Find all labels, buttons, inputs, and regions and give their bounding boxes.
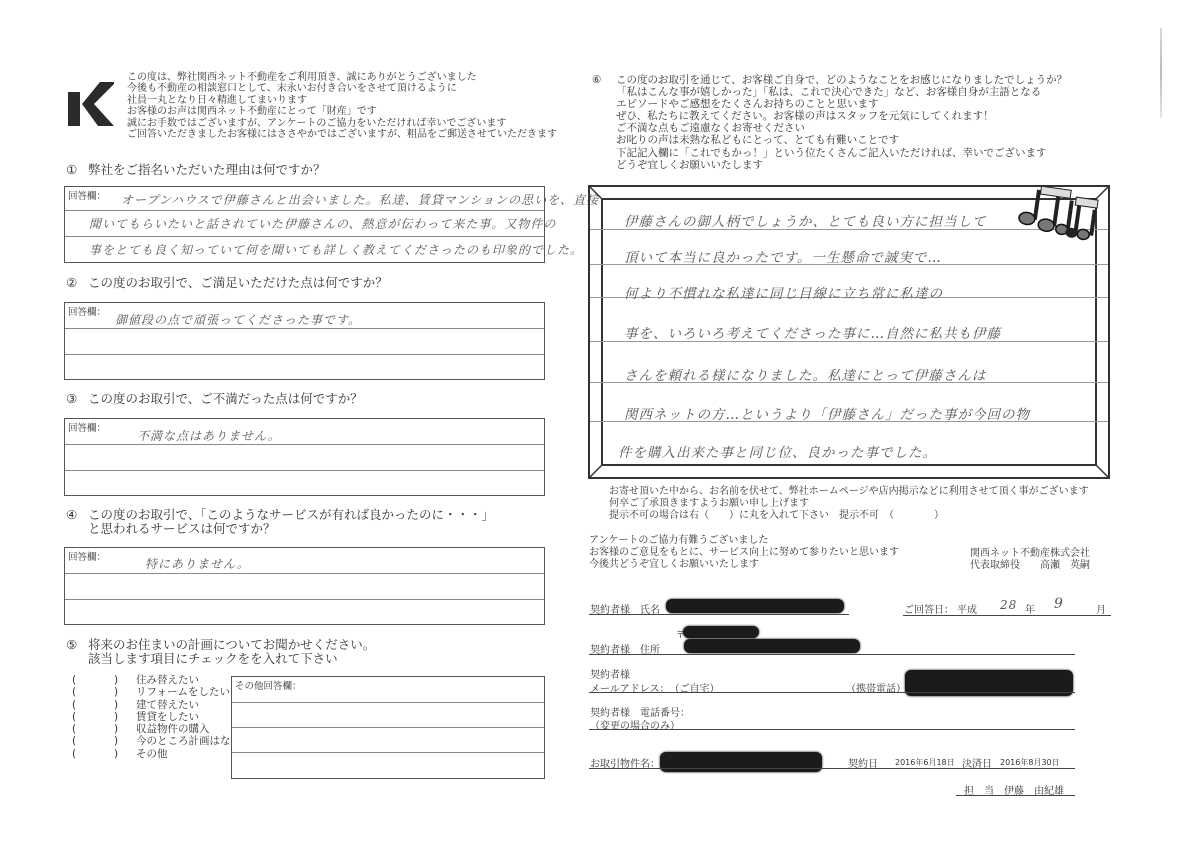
phone-underline[interactable] (589, 729, 1075, 730)
question-number: ③ (66, 392, 88, 406)
question-number: ⑥ (592, 74, 616, 86)
checkbox-close-paren: ) (114, 711, 136, 723)
email-label: 契約者様 (590, 666, 630, 681)
checklist-label: 収益物件の購入 (136, 723, 210, 735)
thanks-line: アンケートのご協力有難うございました (589, 535, 899, 547)
handwritten-answer: 聞いてもらいたいと話されていた伊藤さんの、熱意が伝わって来た事。又物件の (89, 215, 556, 232)
notice-line: お寄せ頂いた中から、お名前を伏せて、弊社ホームページや店内掲示などに利用させて頂… (609, 486, 1089, 498)
prompt-line: お叱りの声は未熟な私どもにとって、とても有難いことです (592, 134, 1067, 146)
other-answer-box[interactable]: その他回答欄： (231, 676, 545, 779)
email-underline (589, 692, 1075, 693)
handwritten-answer: 御値段の点で頑張ってくださった事です。 (115, 311, 361, 328)
checkbox-close-paren: ) (114, 686, 136, 698)
question-4-answer-box[interactable]: 回答欄：特にありません。 (64, 547, 545, 625)
checklist-label: リフォームをしたい (136, 686, 230, 698)
intro-line: ご回答いただきましたお客様にはささやかではございますが、粗品をご郵送させていただ… (127, 129, 557, 140)
checklist-label: 建て替えたい (136, 699, 199, 711)
reply-date-underline (903, 615, 1111, 616)
checkbox-close-paren: ) (114, 735, 136, 747)
publication-opt-out[interactable]: 提示不可の場合は右（ ）に丸を入れて下さい 提示不可 （ ） (609, 510, 1089, 522)
page-edge-line (1160, 28, 1162, 118)
thanks-line: お客様のご意見をもとに、サービス向上に努めて参りたいと思います (589, 547, 899, 559)
question-number: ② (66, 276, 88, 290)
checkbox-open-paren[interactable]: ( (72, 711, 114, 723)
question-number: ⑤ (66, 638, 88, 652)
year-unit: 年 (1025, 601, 1035, 616)
handwritten-answer: さんを頼れる様になりました。私達にとって伊藤さんは (624, 364, 986, 384)
handwritten-answer: 事を、いろいろ考えてくださった事に…自然に私共も伊藤 (624, 322, 1001, 342)
question-6-prompt: ⑥この度のお取引を通じて、お客様ご自身で、どのようなことをお感じになりましたでし… (592, 74, 1067, 171)
question-2-title: ②この度のお取引で、ご満足いただけた点は何ですか？ (66, 276, 388, 290)
k-letter-logo (68, 82, 114, 126)
reply-month-value[interactable]: 9 (1054, 596, 1064, 612)
checklist-label: その他 (136, 748, 168, 760)
intro-line: 今後も不動産の相談窓口として、末永いお付き合いをさせて頂けるように (127, 83, 557, 94)
checkbox-open-paren[interactable]: ( (72, 723, 114, 735)
contract-date-value: 2016年6月18日 (895, 757, 955, 768)
intro-line: この度は、弊社関西ネット不動産をご利用頂き、誠にありがとうございました (127, 72, 557, 83)
future-plan-checklist: ()住み替えたい ()リフォームをしたい ()建て替えたい ()賃貸をしたい (… (72, 674, 241, 760)
checklist-label: 賃貸をしたい (136, 711, 199, 723)
prompt-line: ご不満な点もご遠慮なくお寄せください (592, 122, 1067, 134)
notice-line: 何卒ご了承頂きますようお願い申し上げます (609, 498, 1089, 510)
checklist-label: 住み替えたい (136, 674, 199, 686)
postal-code-redacted[interactable] (683, 626, 759, 638)
checklist-item[interactable]: ()その他 (72, 748, 241, 760)
handwritten-answer: オープンハウスで伊藤さんと出会いました。私達、賃貸マンションの思いを、直接 (121, 191, 599, 208)
prompt-line: どうぞ宜しくお願いいたします (592, 159, 1067, 171)
question-text: 該当します項目にチェックをを入れて下さい (66, 652, 375, 666)
checkbox-close-paren: ) (114, 748, 136, 760)
handwritten-answer: 不満な点はありません。 (137, 427, 281, 444)
question-text: 将来のお住まいの計画についてお聞かせください。 (88, 637, 375, 652)
checklist-item[interactable]: ()収益物件の購入 (72, 723, 241, 735)
thanks-line: 今後共どうぞ宜しくお願いいたします (589, 559, 899, 571)
checklist-item[interactable]: ()リフォームをしたい (72, 686, 241, 698)
answer-label: 回答欄： (68, 304, 106, 318)
question-2-answer-box[interactable]: 回答欄：御値段の点で頑張ってくださった事です。 (64, 302, 545, 380)
name-underline (589, 614, 849, 615)
checklist-item[interactable]: ()賃貸をしたい (72, 711, 241, 723)
intro-line: 社員一丸となり日々精進してまいります (127, 95, 557, 106)
question-3-answer-box[interactable]: 回答欄：不満な点はありません。 (64, 418, 545, 496)
checkbox-open-paren[interactable]: ( (72, 686, 114, 698)
staff-underline (956, 795, 1075, 796)
property-underline (589, 768, 1075, 769)
settlement-date-value: 2016年8月30日 (1000, 757, 1060, 768)
intro-line: 誠にお手数ではございますが、アンケートのご協力をいただければ幸いでございます (127, 118, 557, 129)
answer-label: 回答欄： (68, 420, 106, 434)
address-underline (589, 654, 1075, 655)
question-1-answer-box[interactable]: 回答欄：オープンハウスで伊藤さんと出会いました。私達、賃貸マンションの思いを、直… (64, 186, 545, 263)
handwritten-answer: 伊藤さんの御人柄でしょうか、とても良い方に担当して (624, 210, 987, 230)
handwritten-answer: 件を購入出来た事と同じ位、良かった事でした。 (618, 441, 937, 461)
intro-text: この度は、弊社関西ネット不動産をご利用頂き、誠にありがとうございました 今後も不… (127, 72, 557, 140)
prompt-line: 下記記入欄に「これでもかっ！」という位たくさんご記入いただければ、幸いでございま… (592, 147, 1067, 159)
checkbox-open-paren[interactable]: ( (72, 735, 114, 747)
answer-label: 回答欄： (68, 549, 106, 563)
checkbox-close-paren: ) (114, 723, 136, 735)
question-3-title: ③この度のお取引で、ご不満だった点は何ですか？ (66, 392, 363, 406)
question-text: この度のお取引で、ご不満だった点は何ですか？ (88, 391, 363, 406)
era-label: 平成 (957, 601, 977, 616)
other-answer-label: その他回答欄： (235, 678, 302, 692)
publication-notice: お寄せ頂いた中から、お名前を伏せて、弊社ホームページや店内掲示などに利用させて頂… (609, 486, 1089, 522)
checkbox-open-paren[interactable]: ( (72, 748, 114, 760)
name-field-redacted[interactable] (666, 599, 844, 613)
question-text: この度のお取引で、「このようなサービスが有れば良かったのに・・・」 (88, 507, 494, 522)
checklist-label: 今のところ計画はない (136, 735, 241, 747)
question-5-title: ⑤将来のお住まいの計画についてお聞かせください。 該当します項目にチェックをを入… (66, 638, 375, 666)
checkbox-close-paren: ) (114, 674, 136, 686)
question-text: この度のお取引で、ご満足いただけた点は何ですか？ (88, 275, 388, 290)
property-field-redacted[interactable] (660, 752, 822, 772)
handwritten-answer: 特にありません。 (145, 555, 250, 572)
checkbox-open-paren[interactable]: ( (72, 674, 114, 686)
company-signature: 関西ネット不動産株式会社 代表取締役 高瀬 英嗣 (970, 548, 1090, 572)
checklist-item[interactable]: ()住み替えたい (72, 674, 241, 686)
intro-line: お客様のお声は関西ネット不動産にとって「財産」です (127, 106, 557, 117)
checklist-item[interactable]: ()建て替えたい (72, 699, 241, 711)
address-field-redacted[interactable] (684, 639, 860, 653)
prompt-line: ぜひ、私たちに教えてください。お客様の声はスタッフを元気にしてくれます！ (592, 110, 1067, 122)
checklist-item[interactable]: ()今のところ計画はない (72, 735, 241, 747)
checkbox-open-paren[interactable]: ( (72, 699, 114, 711)
checkbox-close-paren: ) (114, 699, 136, 711)
question-text: 弊社をご指名いただいた理由は何ですか？ (88, 162, 326, 177)
question-text: と思われるサービスは何ですか？ (66, 522, 494, 536)
handwritten-answer: 頂いて本当に良かったです。一生懸命で誠実で… (624, 246, 942, 266)
prompt-line: 「私はこんな事が嬉しかった」「私は、これで決心できた」など、お客様自身が主語とな… (592, 86, 1067, 98)
prompt-line: この度のお取引を通じて、お客様ご自身で、どのようなことをお感じになりましたでしょ… (616, 74, 1067, 86)
reply-date-label: ご回答日： (904, 601, 954, 616)
representative-name: 代表取締役 高瀬 英嗣 (970, 560, 1090, 572)
company-name: 関西ネット不動産株式会社 (970, 548, 1090, 560)
handwritten-answer: 何より不慣れな私達に同じ目線に立ち常に私達の (624, 282, 943, 302)
question-1-title: ①弊社をご指名いただいた理由は何ですか？ (66, 163, 326, 177)
music-notes-icon (1010, 183, 1110, 243)
handwritten-answer: 関西ネットの方…というより「伊藤さん」だった事が今回の物 (624, 403, 1030, 423)
answer-label: 回答欄： (68, 188, 106, 202)
prompt-line: エピソードやご感想をたくさんお持ちのことと思います (592, 98, 1067, 110)
thanks-message: アンケートのご協力有難うございました お客様のご意見をもとに、サービス向上に努め… (589, 535, 899, 571)
question-number: ① (66, 163, 88, 177)
handwritten-answer: 事をとても良く知っていて何を聞いても詳しく教えてくださったのも印象的でした。 (89, 241, 583, 258)
question-number: ④ (66, 508, 88, 522)
reply-year-value[interactable]: 28 (1000, 598, 1017, 612)
question-4-title: ④この度のお取引で、「このようなサービスが有れば良かったのに・・・」 と思われる… (66, 508, 494, 536)
month-unit: 月 (1096, 601, 1106, 616)
